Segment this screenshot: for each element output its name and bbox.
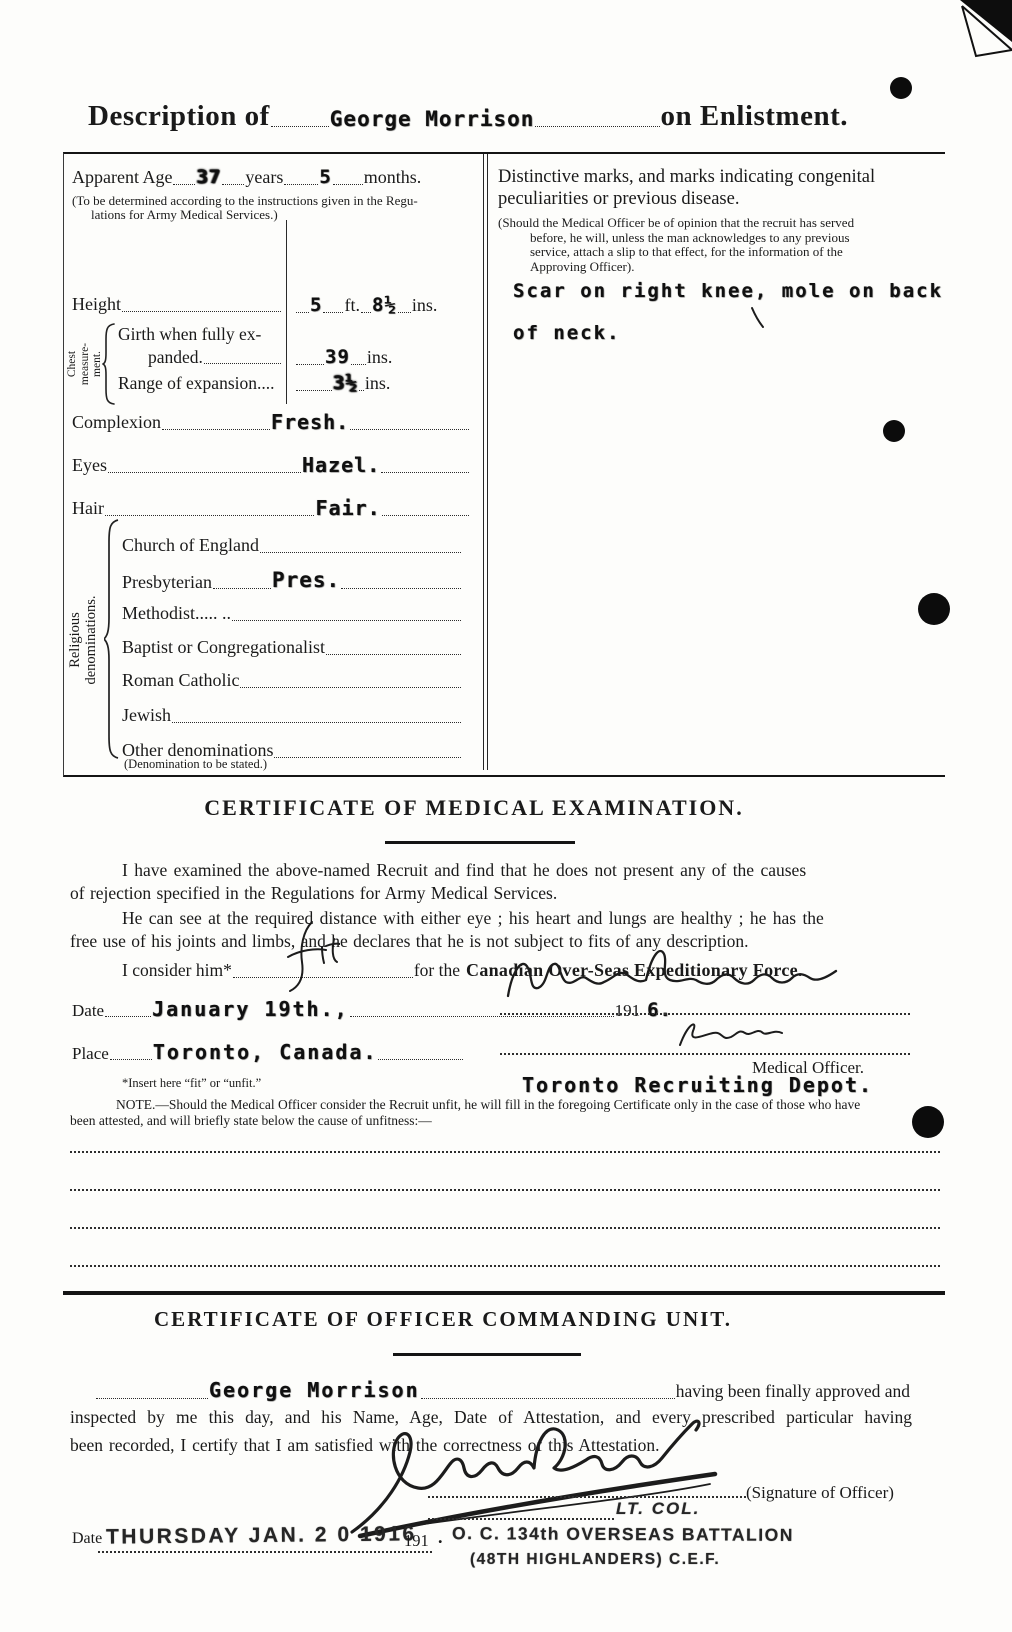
dotted-line bbox=[271, 126, 329, 127]
section-rule bbox=[63, 1291, 945, 1295]
dotted-line bbox=[122, 311, 281, 312]
dotted-line bbox=[296, 312, 309, 313]
medical-para2-line1: He can see at the required distance with… bbox=[122, 908, 824, 930]
date-stamp: THURSDAY JAN. 2 0 1916 bbox=[106, 1522, 417, 1549]
place-value: Toronto, Canada. bbox=[153, 1040, 378, 1064]
girth-value: 39 bbox=[325, 346, 350, 369]
dotted-line bbox=[323, 312, 343, 313]
approved-recruit-name: George Morrison bbox=[209, 1378, 420, 1403]
dotted-line bbox=[222, 184, 244, 185]
handwritten-fit bbox=[276, 916, 340, 994]
girth-value-row: 39 ins. bbox=[295, 346, 463, 369]
dotted-line bbox=[350, 429, 469, 430]
religion-row-roman-catholic: Roman Catholic bbox=[122, 670, 462, 692]
dotted-line bbox=[98, 1551, 432, 1553]
dotted-line bbox=[105, 1016, 151, 1017]
place-label: Place bbox=[72, 1044, 109, 1064]
dotted-line bbox=[326, 654, 461, 655]
dotted-line bbox=[378, 1059, 463, 1060]
chest-side-label: Chest measure- ment. bbox=[66, 318, 108, 410]
dotted-line bbox=[110, 1059, 152, 1060]
dotted-line bbox=[105, 515, 315, 516]
religion-bracket bbox=[104, 518, 120, 760]
dotted-line bbox=[274, 757, 461, 758]
dotted-line bbox=[240, 687, 461, 688]
consider-prefix: I consider him* bbox=[122, 960, 232, 982]
title-suffix: on Enlistment. bbox=[661, 100, 848, 133]
title-prefix: Description of bbox=[88, 100, 270, 133]
religion-row-presbyterian: Presbyterian Pres. bbox=[122, 568, 462, 593]
height-inches-value: 8½ bbox=[372, 294, 397, 317]
date-label: Date bbox=[72, 1001, 104, 1021]
commanding-line1-suffix: having been finally approved and bbox=[676, 1381, 910, 1403]
scanned-enlistment-form: { "colors": { "paper": "#fdfdfb", "ink":… bbox=[0, 0, 1012, 1632]
medical-para1-line1: I have examined the above-named Recruit … bbox=[122, 860, 806, 882]
value-column-line bbox=[286, 220, 287, 404]
dotted-line bbox=[359, 390, 364, 391]
height-row: Height bbox=[72, 294, 282, 316]
medical-note-line2: been attested, and will briefly state be… bbox=[70, 1113, 432, 1129]
dotted-line bbox=[260, 552, 461, 553]
recruiting-depot: Toronto Recruiting Depot. bbox=[522, 1073, 873, 1097]
insert-footnote: *Insert here “fit” or “unfit.” bbox=[122, 1076, 261, 1091]
blank-line bbox=[70, 1265, 940, 1267]
height-value-row: 5 ft. 8½ ins. bbox=[295, 294, 477, 317]
complexion-label: Complexion bbox=[72, 412, 161, 434]
medical-officer-signature bbox=[502, 944, 870, 1008]
hair-label: Hair bbox=[72, 498, 104, 520]
medical-place-row: Place Toronto, Canada. bbox=[72, 1040, 464, 1064]
apparent-age-row: Apparent Age 37 years 5 months. bbox=[72, 166, 476, 189]
complexion-value: Fresh. bbox=[271, 410, 349, 434]
height-feet-value: 5 bbox=[310, 294, 322, 317]
signature-of-officer-caption: (Signature of Officer) bbox=[746, 1483, 894, 1503]
commanding-certificate-heading: CERTIFICATE OF OFFICER COMMANDING UNIT. bbox=[63, 1307, 823, 1332]
commanding-name-row: George Morrison having been finally appr… bbox=[95, 1378, 910, 1403]
dotted-line bbox=[284, 184, 318, 185]
girth-unit: ins. bbox=[367, 347, 393, 369]
dotted-line bbox=[204, 363, 281, 364]
punch-hole bbox=[912, 1106, 944, 1138]
commanding-date-label: Date bbox=[72, 1530, 102, 1548]
range-value: 3½ bbox=[333, 372, 358, 395]
signature-line bbox=[500, 1053, 910, 1055]
marks-entry-line2: of neck. bbox=[513, 322, 621, 344]
religion-row-jewish: Jewish bbox=[122, 705, 462, 727]
range-label: Range of expansion.... bbox=[118, 373, 275, 394]
dotted-line bbox=[535, 126, 659, 127]
medical-note-line1: NOTE.—Should the Medical Officer conside… bbox=[116, 1097, 860, 1113]
date-value: January 19th., bbox=[152, 997, 349, 1021]
dotted-line bbox=[361, 312, 371, 313]
consider-for: for the bbox=[414, 960, 460, 982]
dotted-line bbox=[351, 364, 366, 365]
dotted-line bbox=[341, 588, 461, 589]
denomination-note: (Denomination to be stated.) bbox=[124, 757, 267, 772]
range-value-row: 3½ ins. bbox=[295, 372, 467, 395]
unit-stamp-line2: (48TH HIGHLANDERS) C.E.F. bbox=[470, 1551, 720, 1569]
heading-rule bbox=[385, 841, 575, 844]
description-box: Apparent Age 37 years 5 months. (To be d… bbox=[63, 152, 945, 777]
dotted-line bbox=[232, 620, 461, 621]
dotted-line bbox=[296, 364, 324, 365]
marks-footnote: (Should the Medical Officer be of opinio… bbox=[498, 216, 854, 274]
dotted-line bbox=[96, 1398, 208, 1399]
dotted-line bbox=[333, 184, 363, 185]
medical-officer-rank-script bbox=[672, 1017, 792, 1051]
punch-hole bbox=[890, 77, 912, 99]
eyes-row: Eyes Hazel. bbox=[72, 453, 470, 477]
complexion-row: Complexion Fresh. bbox=[72, 410, 470, 434]
dotted-line bbox=[108, 472, 301, 473]
recruit-name: George Morrison bbox=[330, 107, 535, 131]
dotted-line bbox=[172, 722, 461, 723]
dotted-line bbox=[350, 1016, 614, 1017]
dotted-line bbox=[213, 588, 271, 589]
religion-row-church-of-england: Church of England bbox=[122, 535, 462, 557]
dotted-line bbox=[381, 472, 469, 473]
apparent-age-label: Apparent Age bbox=[72, 167, 172, 189]
column-divider bbox=[483, 154, 488, 770]
months-unit: months. bbox=[364, 167, 422, 189]
medical-certificate-heading: CERTIFICATE OF MEDICAL EXAMINATION. bbox=[63, 795, 885, 821]
feet-unit: ft. bbox=[344, 295, 360, 317]
year-preprint: 191 bbox=[404, 1531, 429, 1551]
religion-value: Pres. bbox=[272, 568, 340, 593]
eyes-value: Hazel. bbox=[302, 453, 380, 477]
blank-line bbox=[70, 1151, 940, 1153]
dotted-line bbox=[296, 390, 332, 391]
girth-label-line1: Girth when fully ex- bbox=[118, 324, 261, 345]
religion-row-baptist: Baptist or Congregationalist bbox=[122, 637, 462, 659]
rank-stamp: LT. COL. bbox=[616, 1499, 700, 1519]
hair-value: Fair. bbox=[315, 496, 380, 520]
blank-line bbox=[70, 1189, 940, 1191]
unit-stamp-line1: O. C. 134th OVERSEAS BATTALION bbox=[452, 1523, 794, 1546]
range-unit: ins. bbox=[365, 373, 391, 395]
dotted-line bbox=[382, 515, 469, 516]
year-period: . bbox=[438, 1527, 443, 1548]
heading-rule bbox=[393, 1353, 581, 1356]
dotted-line bbox=[173, 184, 195, 185]
dotted-line bbox=[421, 1398, 675, 1399]
folded-corner-artifact bbox=[942, 0, 1012, 60]
height-label: Height bbox=[72, 294, 121, 316]
blank-line bbox=[70, 1227, 940, 1229]
form-title: Description of George Morrison on Enlist… bbox=[88, 100, 848, 133]
signature-line bbox=[428, 1496, 746, 1498]
marks-entry-line1: Scar on right knee, mole on back bbox=[513, 280, 943, 302]
religion-side-label: Religious denominations. bbox=[67, 560, 103, 720]
dotted-line bbox=[398, 312, 411, 313]
apparent-age-years-value: 37 bbox=[196, 166, 221, 189]
religion-row-methodist: Methodist..... .. bbox=[122, 603, 462, 625]
signature-line bbox=[428, 1518, 614, 1520]
distinctive-marks-heading: Distinctive marks, and marks indicating … bbox=[498, 166, 948, 210]
years-unit: years bbox=[245, 167, 283, 189]
dotted-line bbox=[162, 429, 270, 430]
inches-unit: ins. bbox=[412, 295, 438, 317]
apparent-age-months-value: 5 bbox=[319, 166, 331, 189]
medical-para1-line2: of rejection specified in the Regulation… bbox=[70, 883, 557, 905]
handwritten-tick bbox=[749, 306, 765, 330]
signature-line bbox=[500, 1013, 910, 1015]
eyes-label: Eyes bbox=[72, 455, 107, 477]
girth-label-line2: panded. bbox=[118, 347, 282, 368]
hair-row: Hair Fair. bbox=[72, 496, 470, 520]
age-footnote-line2: lations for Army Medical Services.) bbox=[91, 208, 278, 223]
